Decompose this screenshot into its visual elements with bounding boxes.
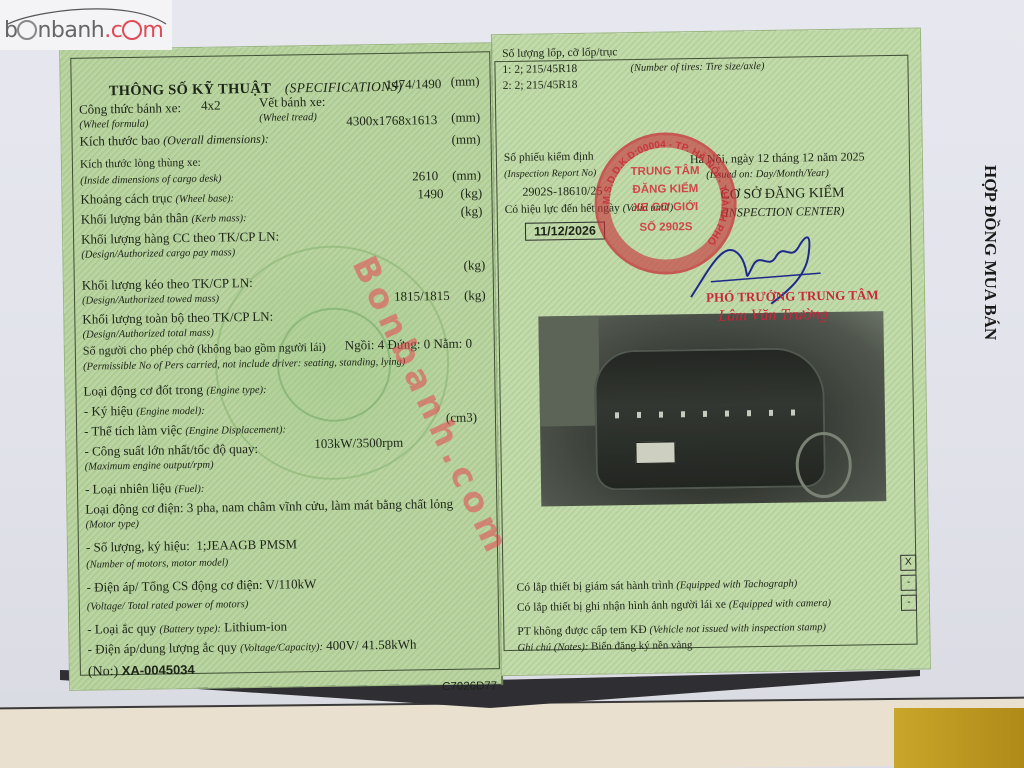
max-output-label: - Công suất lớn nhất/tốc độ quay: (84, 441, 258, 459)
engine-type-label: Loại động cơ đốt trong (Engine type): (83, 381, 266, 401)
notes-row: Ghi chú (Notes): Biển đăng ký nền vàng (517, 638, 692, 656)
wheel-icon-red (122, 20, 142, 40)
checkbox-camera: - (900, 575, 916, 591)
unit-mm: (mm) (452, 167, 481, 182)
tires-label: Số lượng lốp, cỡ lốp/trục (502, 45, 617, 62)
inspection-center-en: (INSPECTION CENTER) (721, 204, 845, 221)
specifications-page: THÔNG SỐ KỸ THUẬT (SPECIFICATIONS) Công … (60, 43, 502, 690)
total-mass-en: (Design/Authorized total mass) (82, 326, 213, 343)
displacement-label: - Thể tích làm việc (Engine Displacement… (84, 421, 286, 441)
engine-model-label: - Ký hiệu (Engine model): (84, 402, 205, 421)
wheel-tread-value: 1474/1490 (386, 76, 442, 92)
total-mass-label: Khối lượng toàn bộ theo TK/CP LN: (82, 309, 273, 327)
cargo-dim-label: Kích thước lòng thùng xe: (80, 156, 201, 173)
form-code: C7026D77 (442, 679, 497, 695)
inspection-center-title: CƠ SỞ ĐĂNG KIỂM (720, 186, 844, 203)
checkbox-no-stamp: - (901, 595, 917, 611)
report-en: (Inspection Report No) (504, 166, 596, 182)
kerb-value: 1490 (417, 186, 443, 201)
report-number: 2902S-18610/25 (522, 183, 602, 199)
photo-background-truck (538, 316, 600, 427)
unit-kg: (kg) (461, 203, 483, 218)
unit-kg: (kg) (464, 287, 486, 302)
vehicle-lights (615, 409, 805, 418)
signer-name: Lâm Văn Trường (718, 306, 828, 326)
vehicle-image (594, 347, 826, 491)
inspection-certificate: THÔNG SỐ KỸ THUẬT (SPECIFICATIONS) Công … (60, 28, 930, 691)
kerb-label: Khối lượng bản thân (Kerb mass): (81, 209, 247, 229)
overall-dim-label: Kích thước bao (Overall dimensions): (79, 131, 268, 150)
vehicle-photo (538, 311, 886, 506)
checkbox-tachograph: X (900, 555, 916, 571)
side-document-title: HỢP ĐỒNG MUA BÁN (980, 165, 1000, 340)
wheel-formula-value: 4x2 (201, 97, 221, 112)
fuel-label: - Loại nhiên liệu (Fuel): (85, 480, 205, 499)
tires-en: (Number of tires: Tire size/axle) (630, 59, 764, 76)
max-output-value: 103kW/3500rpm (314, 435, 403, 451)
serial-number: (No:) XA-0045034 (88, 662, 195, 680)
towed-label: Khối lượng kéo theo TK/CP LN: (82, 275, 253, 293)
logo-text: bnbanh.cm (4, 18, 163, 43)
wheel-icon (17, 20, 37, 40)
site-logo: bnbanh.cm (0, 0, 172, 50)
cargo-mass-en: (Design/Authorized cargo pay mass) (81, 245, 235, 262)
overall-dim-value: 4300x1768x1613 (346, 112, 437, 128)
wheelbase-value: 2610 (412, 168, 438, 183)
wheel-formula-en: (Wheel formula) (79, 117, 148, 133)
unit-kg: (kg) (460, 185, 482, 200)
unit-kg: (kg) (463, 257, 485, 272)
inspection-page: Số lượng lốp, cỡ lốp/trục (Number of tir… (492, 28, 930, 675)
wheelbase-label: Khoảng cách trục (Wheel base): (80, 189, 234, 208)
unit-mm: (mm) (451, 73, 480, 88)
wheel-tread-label: Vết bánh xe: (259, 94, 326, 110)
wheel-formula-label: Công thức bánh xe: (79, 100, 181, 117)
unit-mm: (mm) (451, 131, 480, 146)
tire-axle-1: 1: 2; 215/45R18 (502, 62, 577, 78)
max-output-en: (Maximum engine output/rpm) (85, 458, 214, 475)
report-label: Số phiếu kiểm định (504, 150, 594, 166)
unit-mm: (mm) (451, 109, 480, 124)
vehicle-wheel (795, 432, 852, 499)
signer-title: PHÓ TRƯỞNG TRUNG TÂM (706, 287, 879, 306)
stamp-line: XE CƠ GIỚI (598, 200, 734, 215)
battery-type: - Loại ắc quy (Battery type): Lithium-io… (87, 619, 287, 639)
background-object (894, 708, 1024, 768)
wheel-tread-en: (Wheel tread) (259, 110, 317, 126)
motor-type-en: (Motor type) (85, 517, 139, 533)
motor-power-en: (Voltage/ Total rated power of motors) (87, 597, 249, 615)
stamp-line: ĐĂNG KIỂM (597, 182, 733, 197)
motor-count-en: (Number of motors, motor model) (86, 555, 228, 572)
cargo-dim-en: (Inside dimensions of cargo desk) (80, 171, 222, 188)
license-plate (635, 441, 675, 464)
cargo-mass-label: Khối lượng hàng CC theo TK/CP LN: (81, 229, 279, 247)
towed-en: (Design/Authorized towed mass) (82, 292, 219, 309)
valid-until-date: 11/12/2026 (525, 221, 605, 240)
tire-axle-2: 2: 2; 215/45R18 (503, 78, 578, 94)
stamp-line: TRUNG TÂM (597, 164, 733, 179)
